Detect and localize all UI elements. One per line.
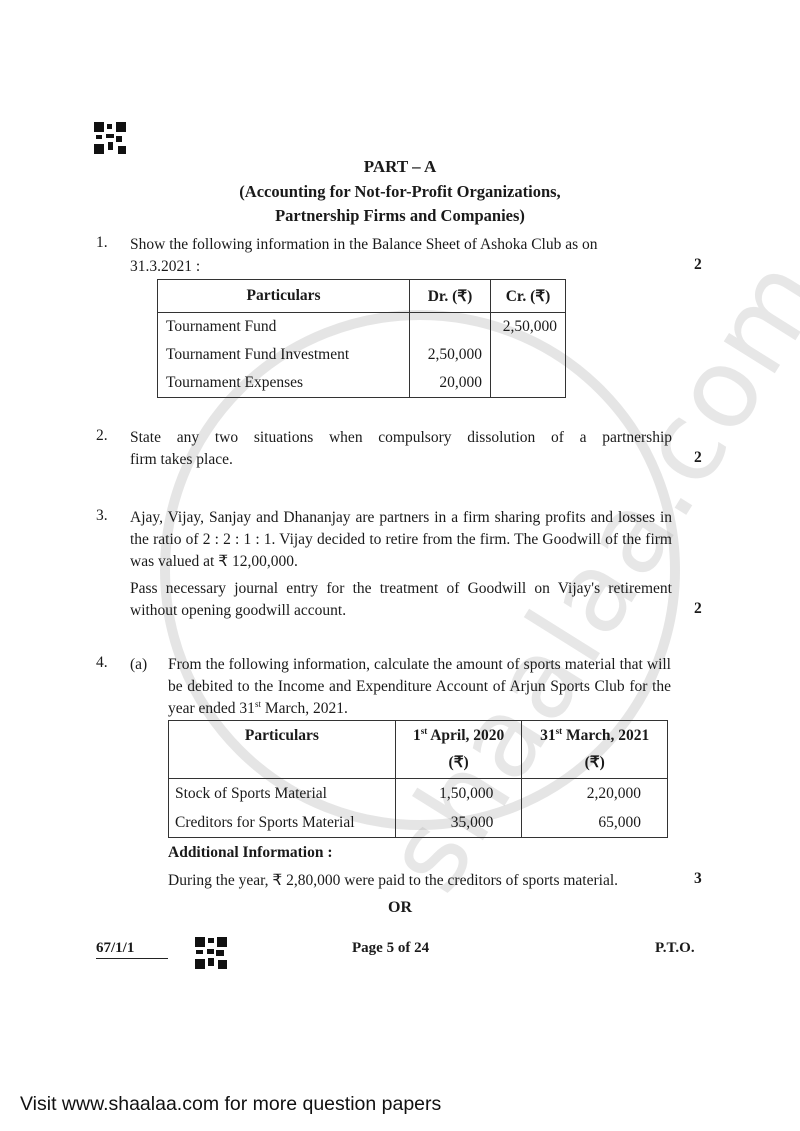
header-march-2021: 31st March, 2021 (₹) [522,721,668,779]
additional-info-heading: Additional Information : [168,842,333,864]
header-unit: (₹) [397,753,520,772]
table-row: Stock of Sports Material 1,50,000 2,20,0… [169,779,668,809]
paper-code-underline [96,958,168,959]
header-date-rest: April, 2020 [427,727,504,744]
header-particulars: Particulars [158,280,410,313]
promo-banner-text: Visit www.shaalaa.com for more question … [20,1093,441,1116]
footer-qr-code-icon [195,937,227,969]
header-date-day: 31 [540,727,556,744]
table-row: Tournament Fund Investment 2,50,000 [158,341,566,369]
pto-label: P.T.O. [655,940,695,957]
cell-cr: 2,50,000 [491,313,566,342]
cell-cr [491,341,566,369]
header-cr: Cr. (₹) [491,280,566,313]
question-2-line2: firm takes place. [130,449,672,471]
question-2-number: 2. [96,427,108,445]
table-header-row: Particulars 1st April, 2020 (₹) 31st Mar… [169,721,668,779]
question-4a-text-end: March, 2021. [261,700,348,717]
table-row: Tournament Fund 2,50,000 [158,313,566,342]
part-subtitle-line1: (Accounting for Not-for-Profit Organizat… [0,182,800,202]
cell-dr: 20,000 [410,369,491,398]
header-unit: (₹) [523,753,666,772]
question-2-marks: 2 [694,449,702,467]
question-3-para2: Pass necessary journal entry for the tre… [130,578,672,622]
cell-2021: 65,000 [522,808,668,838]
cell-particular: Tournament Fund [158,313,410,342]
header-particulars: Particulars [169,721,396,779]
header-date-day: 1 [413,727,421,744]
cell-dr [410,313,491,342]
table-row: Tournament Expenses 20,000 [158,369,566,398]
cell-2020: 1,50,000 [395,779,521,809]
table-header-row: Particulars Dr. (₹) Cr. (₹) [158,280,566,313]
cell-2021: 2,20,000 [522,779,668,809]
question-2-text: State any two situations when compulsory… [130,427,672,471]
balance-sheet-table: Particulars Dr. (₹) Cr. (₹) Tournament F… [157,279,566,398]
cell-particular: Tournament Expenses [158,369,410,398]
question-1-line1: Show the following information in the Ba… [130,234,675,256]
header-april-2020: 1st April, 2020 (₹) [395,721,521,779]
cell-cr [491,369,566,398]
question-2-line1: State any two situations when compulsory… [130,427,672,449]
question-4-marks: 3 [694,870,702,888]
header-dr: Dr. (₹) [410,280,491,313]
question-1-marks: 2 [694,256,702,274]
question-4a-text-main: From the following information, calculat… [168,656,671,717]
qr-code-icon [94,122,126,154]
part-subtitle-line2: Partnership Firms and Companies) [0,206,800,226]
or-label: OR [0,899,800,917]
question-4a-text: From the following information, calculat… [168,654,671,720]
question-3-para1: Ajay, Vijay, Sanjay and Dhananjay are pa… [130,507,672,573]
question-3-number: 3. [96,507,108,525]
sports-material-table: Particulars 1st April, 2020 (₹) 31st Mar… [168,720,668,838]
cell-particular: Stock of Sports Material [169,779,396,809]
part-title: PART – A [0,157,800,177]
additional-info-text: During the year, ₹ 2,80,000 were paid to… [168,870,618,892]
question-1-text: Show the following information in the Ba… [130,234,675,278]
cell-particular: Creditors for Sports Material [169,808,396,838]
question-1-line2: 31.3.2021 : [130,256,675,278]
cell-particular: Tournament Fund Investment [158,341,410,369]
cell-2020: 35,000 [395,808,521,838]
question-1-number: 1. [96,234,108,252]
header-date-rest: March, 2021 [562,727,649,744]
cell-dr: 2,50,000 [410,341,491,369]
page-number: Page 5 of 24 [352,940,429,957]
question-4-sub-label: (a) [130,654,147,676]
question-3-marks: 2 [694,600,702,618]
question-4-number: 4. [96,654,108,672]
paper-code: 67/1/1 [96,940,134,957]
table-row: Creditors for Sports Material 35,000 65,… [169,808,668,838]
